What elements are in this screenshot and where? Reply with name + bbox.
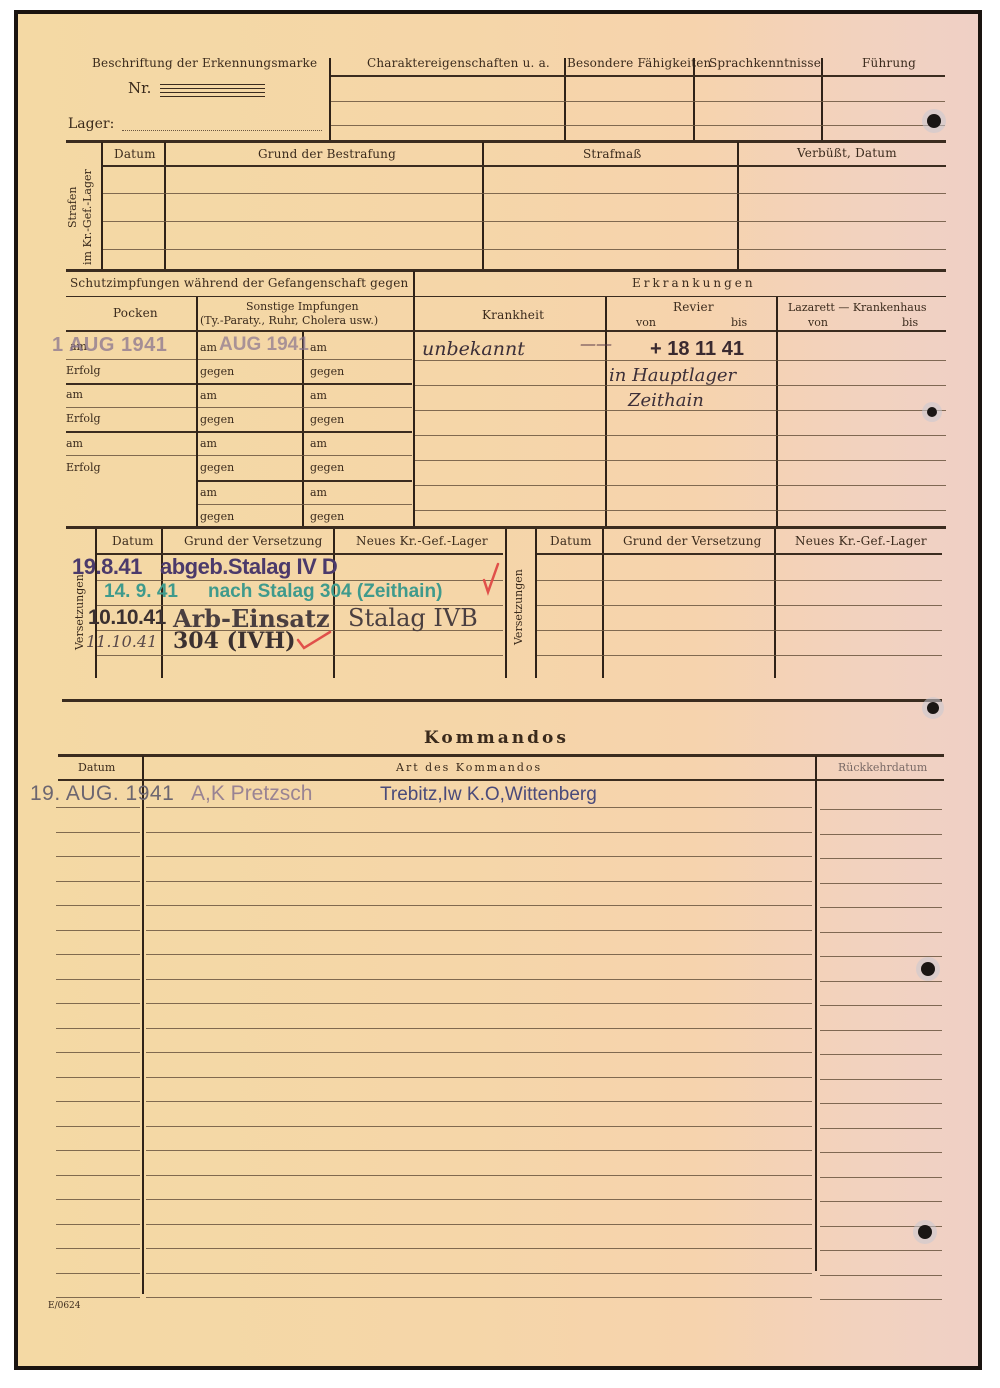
row-line [56,881,140,882]
punch-hole [918,1225,932,1239]
row-line [820,1054,942,1055]
strafen-col-strafmass: Strafmaß [583,147,642,161]
vers-entry-1-text: abgeb.Stalag IV D [160,554,337,580]
sonstige-row: am [200,486,217,499]
kommandos-col-rueckkehr: Rückkehrdatum [838,761,927,774]
impfungen-title-rule [66,296,414,297]
sonstige-row-2: am [310,486,327,499]
row-line [56,979,140,980]
row-line [820,932,942,933]
row-line [56,1003,140,1004]
row-line [820,1128,942,1129]
row-line [97,655,503,656]
row-line [820,1152,942,1153]
row-line [66,407,196,408]
sonstige-row: am [200,389,217,402]
row-line [820,883,942,884]
row-line [415,460,946,461]
row-line [56,1101,140,1102]
row-line [56,1248,140,1249]
sonstige-row-2: am [310,437,327,450]
vers-entry-3-lager: Stalag IVB [348,604,478,632]
sonstige-row-2: gegen [310,365,344,378]
vers-entry-4-text: 304 (IVH) [173,628,296,654]
column-divider [101,142,103,270]
row-line [103,193,946,194]
column-divider [693,58,695,141]
row-line [56,1273,140,1274]
row-line [56,1150,140,1151]
row-line [198,455,412,456]
sprach-label: Sprachkenntnisse [709,56,821,70]
kommandos-col-art: Art des Kommandos [396,761,542,774]
row-line [103,221,946,222]
row-line [56,954,140,955]
lager-label: Lager: [68,116,114,132]
column-divider [605,297,607,527]
revier-dash: —— [580,334,612,353]
top-header-rule [331,75,945,77]
vers2-header-rule [537,553,942,555]
row-line [820,1275,942,1276]
row-line [198,359,412,360]
row-line [56,1126,140,1127]
vers-col-datum: Datum [112,534,154,548]
section-rule [66,140,946,143]
kommando-entry-location: Trebitz,Iw K.O,Wittenberg [380,784,597,806]
vers-entry-1-date: 19.8.41 [72,554,142,580]
fuehrung-label: Führung [862,56,916,70]
row-line [198,407,412,408]
impfungen-erkrankungen-divider [413,271,415,527]
lager-field [122,130,322,131]
pocken-row: Erfolg [66,364,101,377]
row-line [146,1224,812,1225]
krankheit-label: Krankheit [482,308,544,322]
row-line [820,834,942,835]
form-number: E/0624 [48,1301,81,1311]
section-rule [66,269,946,272]
column-divider [737,142,739,270]
revier-von-label: von [636,316,656,329]
sonstige-row: gegen [200,461,234,474]
row-line [146,954,812,955]
row-line [537,580,942,581]
kommandos-header-rule [58,779,944,781]
versetzungen-side-label-left: Versetzungen [73,574,86,650]
row-line [146,1199,812,1200]
top-divider [329,58,331,141]
pocken-row: Erfolg [66,461,101,474]
vers2-col-datum: Datum [550,534,592,548]
lazarett-von-label: von [808,316,828,329]
row-line [198,383,412,385]
charakter-label: Charaktereigenschaften u. a. [367,56,550,70]
krankheit-entry: unbekannt [422,338,525,360]
kommandos-rueckkehr-divider [815,756,817,1271]
row-line [146,1248,812,1249]
row-line [56,1175,140,1176]
row-line [146,1273,812,1274]
row-line [66,455,196,456]
row-line [146,930,812,931]
column-divider [505,529,507,678]
row-line [198,480,412,482]
row-line [146,979,812,980]
column-divider [564,58,566,141]
row-line [820,858,942,859]
row-line [66,383,196,385]
row-line [66,359,196,360]
row-line [820,981,942,982]
impfungen-title: Schutzimpfungen während der Gefangenscha… [70,276,408,290]
vers-entry-2-date: 14. 9. 41 [104,581,178,603]
pocken-row: am [66,437,83,450]
punch-hole [927,702,939,714]
row-line [331,101,945,102]
revier-label: Revier [673,300,714,314]
vers2-col-grund: Grund der Versetzung [623,534,762,548]
vers-entry-2-text: nach Stalag 304 (Zeithain) [208,581,442,603]
check-mark-icon [296,628,332,652]
row-line [56,1077,140,1078]
sonstige-row: am [200,437,217,450]
row-line [146,807,812,808]
punch-hole [921,962,935,976]
death-date: + 18 11 41 [650,338,744,361]
sonstige-row-2: am [310,341,327,354]
row-line [198,431,412,433]
row-line [820,1177,942,1178]
strafen-col-grund: Grund der Bestrafung [258,147,396,161]
nr-label: Nr. [128,79,151,97]
faehigkeiten-label: Besondere Fähigkeiten [567,56,711,70]
row-line [146,1077,812,1078]
sonstige-row: gegen [200,510,234,523]
row-line [146,1126,812,1127]
strafen-col-verbuesst: Verbüßt, Datum [797,146,897,160]
sonstige-row: gegen [200,365,234,378]
death-place-2: Zeithain [628,390,704,411]
row-line [146,832,812,833]
row-line [820,1250,942,1251]
row-line [537,630,942,631]
row-line [146,856,812,857]
stamp-pocken-date: 1 AUG 1941 [52,334,167,357]
sonstige-label-2: (Ty.-Paraty., Ruhr, Cholera usw.) [200,314,378,327]
row-line [820,809,942,810]
kommandos-title: Kommandos [424,728,569,748]
pocken-row: am [66,388,83,401]
sonstige-row: am [200,341,217,354]
revier-bis-label: bis [731,316,747,329]
punch-hole [927,114,941,128]
row-line [820,1103,942,1104]
kommandos-top-rule [58,754,944,757]
kommando-entry-ak: A,K Pretzsch [191,782,312,806]
stamp-sonstige-date: AUG 1941 [219,334,309,356]
kommandos-col-datum: Datum [78,761,115,774]
vers-entry-3-date: 10.10.41 [88,606,166,630]
pocken-label: Pocken [113,306,158,320]
erkennungsmarke-label: Beschriftung der Erkennungsmarke [92,56,317,70]
row-line [331,125,945,126]
row-line [820,1299,942,1300]
row-line [56,1052,140,1053]
vers-entry-4-date: 11.10.41 [86,632,157,651]
impfungen-header-rule [66,330,946,332]
record-card [14,10,982,1370]
row-line [56,807,140,808]
row-line [198,504,412,505]
row-line [146,905,812,906]
row-line [56,856,140,857]
row-line [146,1028,812,1029]
row-line [146,1175,812,1176]
sonstige-label-1: Sonstige Impfungen [246,300,359,313]
column-divider [302,332,304,527]
sonstige-row-2: gegen [310,510,344,523]
strafen-side-label-1: Strafen [66,187,79,228]
pocken-row: Erfolg [66,412,101,425]
row-line [146,1003,812,1004]
row-line [537,605,942,606]
vers-col-grund: Grund der Versetzung [184,534,323,548]
row-line [56,930,140,931]
row-line [56,1224,140,1225]
erkrankungen-title: Erkrankungen [632,276,756,290]
lazarett-label: Lazarett — Krankenhaus [788,301,927,314]
row-line [56,832,140,833]
kommandos-datum-divider [142,756,144,1294]
sonstige-row-2: gegen [310,461,344,474]
column-divider [482,142,484,270]
lazarett-bis-label: bis [902,316,918,329]
strafen-col-datum: Datum [114,147,156,161]
row-line [820,1079,942,1080]
vers2-col-lager: Neues Kr.-Gef.-Lager [795,534,927,548]
row-line [56,905,140,906]
row-line [103,249,946,250]
death-place-1: in Hauptlager [609,365,736,386]
row-line [415,510,946,511]
row-line [146,1052,812,1053]
check-mark-icon [480,560,502,596]
strafen-side-label-2: im Kr.-Gef.-Lager [81,169,94,265]
row-line [146,1297,812,1298]
row-line [820,907,942,908]
row-line [415,435,946,436]
kommando-entry-date: 19. AUG. 1941 [30,782,174,806]
row-line [537,655,942,656]
sonstige-row-2: gegen [310,413,344,426]
column-divider [164,142,166,270]
row-line [820,1201,942,1202]
column-divider [821,58,823,141]
row-line [820,956,942,957]
erkrankungen-title-rule [415,296,946,297]
vers-col-lager: Neues Kr.-Gef.-Lager [356,534,488,548]
row-line [820,1030,942,1031]
versetzungen-side-label-right: Versetzungen [512,569,525,645]
column-divider [776,297,778,527]
row-line [56,1199,140,1200]
row-line [66,431,196,433]
row-line [146,881,812,882]
sonstige-row-2: am [310,389,327,402]
row-line [56,1297,140,1298]
row-line [146,1150,812,1151]
row-line [146,1101,812,1102]
card-edge [978,14,982,1370]
row-line [820,1005,942,1006]
section-rule [62,699,942,702]
sonstige-row: gegen [200,413,234,426]
row-line [56,1028,140,1029]
punch-hole [927,407,937,417]
row-line [415,485,946,486]
strafen-header-rule [103,165,946,167]
